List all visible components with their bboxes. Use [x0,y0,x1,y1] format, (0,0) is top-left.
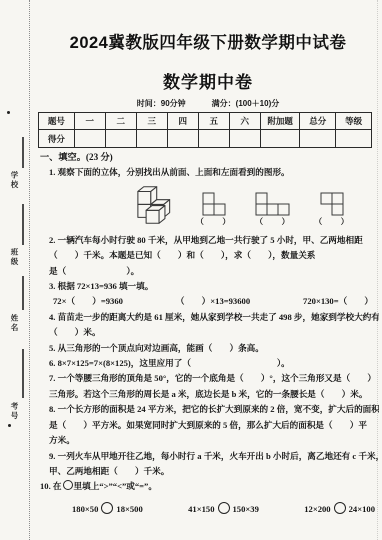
question-3-equations: 72×（ ）=9360 （ ）×13=93600 720×130=（ ） [53,294,373,309]
score-cell-empty [229,130,260,148]
left-view-column: （ ） [314,192,349,227]
question-2-line: （ ）千米。本题是已知（ ）和（ ），求（ ），数量关系 [40,248,379,263]
seal-fill-line [22,349,24,398]
question-1-text: 1. 观察下面的立体，分别找出从前面、上面和左面看到的图形。 [40,165,379,180]
score-table-header-cell: 三 [136,113,167,130]
score-cell-empty [167,130,198,148]
seal-fill-line [22,276,24,310]
answer-blank: （ ） [314,217,349,227]
equation-blank-item: 720×130=（ ） [303,294,373,309]
question-7-line: 7. 一个等腰三角形的顶角是 50°，它的一个底角是（ ）°，这个三角形又是（ … [40,371,379,386]
page-title: 2024冀教版四年级下册数学期中试卷 [38,29,378,53]
seal-label-class: 班级 [9,248,20,267]
score-cell-empty [136,130,167,148]
equation-blank-item: （ ）×13=93600 [176,294,250,309]
scan-artifact-dot [7,111,10,114]
score-table-header-cell: 等级 [336,113,372,130]
compare-circle-icon [218,502,230,514]
question-1-figures: （ ） （ ） [132,184,379,231]
score-table-score-row: 得分 [39,130,372,148]
top-view-grid-figure [255,192,290,216]
seal-fill-line [22,137,24,168]
question-10-prefix: 10. 在 [40,481,62,491]
question-6-text: 6. 8×7×125=7×(8×125)，这里应用了（ ）。 [40,356,379,371]
score-cell-empty [260,130,300,148]
isometric-cubes-solid-figure [132,184,172,226]
score-table-header-row: 题号 一 二 三 四 五 六 附加题 总分 等级 [39,113,372,130]
question-4-line: 4. 苗苗走一步的距离大约是 61 厘米，她从家到学校一共走了 498 步，她家… [40,310,379,325]
comparison-right: 24×100 [349,504,375,514]
front-view-grid-figure [202,192,226,216]
question-8-line: 是（ ）平方米。如果宽同时扩大到原来的 5 倍，那么扩大后的面积是（ ）平 [40,418,379,433]
score-table-header-cell: 题号 [39,113,75,130]
section-1-heading: 一、填空。(23 分) [40,150,379,165]
comparison-left: 41×150 [188,504,214,514]
question-8-line: 方米。 [40,433,379,448]
question-9-line: 9. 一列火车从甲地开往乙地，每小时行 a 千米，火车开出 b 小时后，离乙地还… [40,449,379,464]
score-cell-empty [74,130,105,148]
score-table-header-cell: 四 [167,113,198,130]
score-table-header-cell: 总分 [300,113,336,130]
comparison-item: 12×20024×100 [304,502,375,517]
front-view-column: （ ） [196,192,231,227]
question-3-head: 3. 根据 72×13=936 填一填。 [40,279,379,294]
question-9-line: 甲、乙两地相距（ ）千米。 [40,464,379,479]
exam-full-score: 满分：(100＋10)分 [212,98,280,109]
question-5-text: 5. 从三角形的一个顶点向对边画高，能画（ ）条高。 [40,341,379,356]
score-cell-empty [336,130,372,148]
score-table-header-cell: 五 [198,113,229,130]
comparison-left: 180×50 [72,504,98,514]
compare-circle-icon [101,502,113,514]
answer-blank: （ ） [196,217,231,227]
comparison-right: 150×39 [233,504,259,514]
score-row-label: 得分 [39,130,75,148]
compare-circle-icon [334,502,346,514]
score-cell-empty [198,130,229,148]
score-table-header-cell: 附加题 [260,113,300,130]
answer-blank: （ ） [255,217,290,227]
exam-paper-page: 学校 班级 姓名 考号 2024冀教版四年级下册数学期中试卷 数学期中卷 时间：… [0,0,382,540]
question-2-line: 2. 一辆汽车每小时行驶 80 千米，从甲地到乙地一共行驶了 5 小时，甲、乙两… [40,233,379,248]
question-10-head: 10. 在里填上“>”“<”或“=”。 [40,479,379,494]
score-cell-empty [300,130,336,148]
top-view-column: （ ） [255,192,290,227]
score-table-header-cell: 一 [74,113,105,130]
comparison-item: 41×150150×39 [188,502,259,517]
page-subtitle: 数学期中卷 [38,68,378,93]
question-4-line: （ ）米。 [40,325,379,340]
score-table-header-cell: 六 [229,113,260,130]
question-10-comparisons: 180×5018×500 41×150150×39 12×20024×100 [72,502,375,517]
compare-circle-icon [63,480,73,490]
question-7-line: 三角形。若这个三角形的周长是 a 米，底边长是 b 米，它的一条腰长是（ ）米。 [40,387,379,402]
comparison-right: 18×500 [116,504,142,514]
seal-label-name: 姓名 [9,314,20,333]
scan-artifact-dot [8,424,11,427]
exam-time: 时间：90分钟 [137,98,186,109]
score-table: 题号 一 二 三 四 五 六 附加题 总分 等级 得分 [38,112,372,148]
seal-label-number: 考号 [9,402,20,421]
score-table-header-cell: 二 [105,113,136,130]
exam-info-line: 时间：90分钟 满分：(100＋10)分 [38,98,378,109]
question-body: 一、填空。(23 分) 1. 观察下面的立体，分别找出从前面、上面和左面看到的图… [40,150,379,517]
left-view-grid-figure [320,192,344,216]
score-cell-empty [105,130,136,148]
question-2-line: 是（ ）。 [40,264,379,279]
question-10-suffix: 里填上“>”“<”或“=”。 [74,481,157,491]
seal-label-school: 学校 [9,171,20,190]
seal-fill-line [22,204,24,245]
equation-blank-item: 72×（ ）=9360 [53,294,123,309]
question-8-line: 8. 一个长方形的面积是 24 平方米，把它的长扩大到原来的 2 倍，宽不变，扩… [40,402,379,417]
comparison-left: 12×200 [304,504,330,514]
seal-dotted-line [29,0,30,540]
comparison-item: 180×5018×500 [72,502,143,517]
